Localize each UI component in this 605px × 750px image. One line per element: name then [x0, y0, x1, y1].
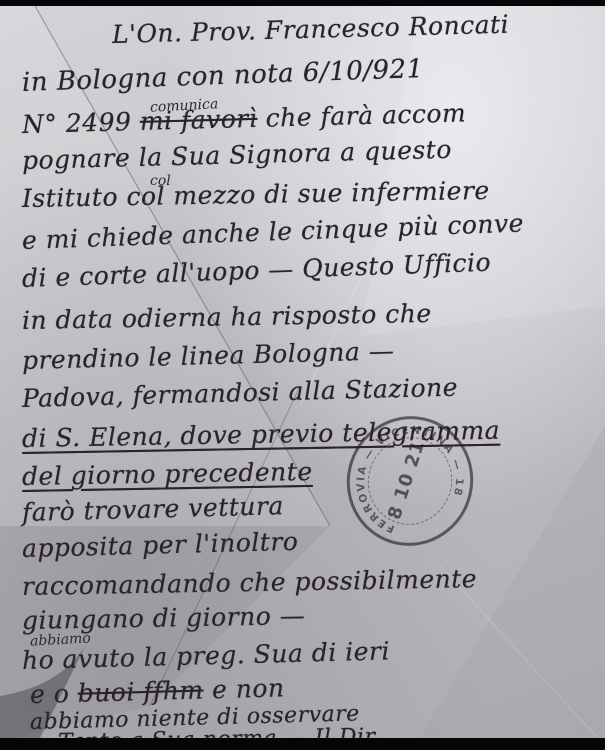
- protocol-number: N° 2499: [22, 107, 132, 139]
- letter-line-15: raccomandando che possibilmente: [22, 564, 478, 601]
- handwritten-text: L'On. Prov. Francesco Roncati in Bologna…: [0, 6, 605, 738]
- bottom-border: [0, 738, 605, 750]
- letter-line-13: farò trovare vettura: [22, 491, 285, 527]
- letter-paper: L'On. Prov. Francesco Roncati in Bologna…: [0, 6, 605, 738]
- struck-text-2: buoi ffhm: [77, 675, 204, 707]
- line-18-start: e o: [30, 679, 78, 709]
- line-12-text: del giorno precedente: [22, 457, 313, 491]
- line-3-rest: che farà accom: [265, 98, 466, 132]
- letter-line-6: e mi chiede anche le cinque più conve: [21, 208, 524, 255]
- letter-line-4: pognare la Sua Signora a questo: [22, 135, 453, 175]
- letter-line-9: prendino le linea Bologna —: [22, 336, 395, 375]
- struck-text: mi favorì: [139, 104, 257, 136]
- letter-line-2: in Bologna con nota 6/10/921: [21, 54, 424, 98]
- letter-line-3: N° 2499 mi favorì che farà accom: [22, 98, 467, 139]
- letter-line-7: di e corte all'uopo — Questo Ufficio: [21, 248, 491, 293]
- letter-line-14: apposita per l'inoltro: [22, 527, 299, 563]
- letter-line-8: in data odierna ha risposto che: [22, 299, 432, 335]
- letter-line-1: L'On. Prov. Francesco Roncati: [112, 10, 510, 49]
- letter-line-10: Padova, fermandosi alla Stazione: [22, 373, 459, 413]
- line-18-rest: e non: [212, 673, 285, 704]
- letter-line-16: giungano di giorno —: [22, 601, 306, 635]
- letter-line-5: Istituto col mezzo di sue infermiere: [22, 176, 490, 213]
- letter-line-12: del giorno precedente: [22, 457, 313, 491]
